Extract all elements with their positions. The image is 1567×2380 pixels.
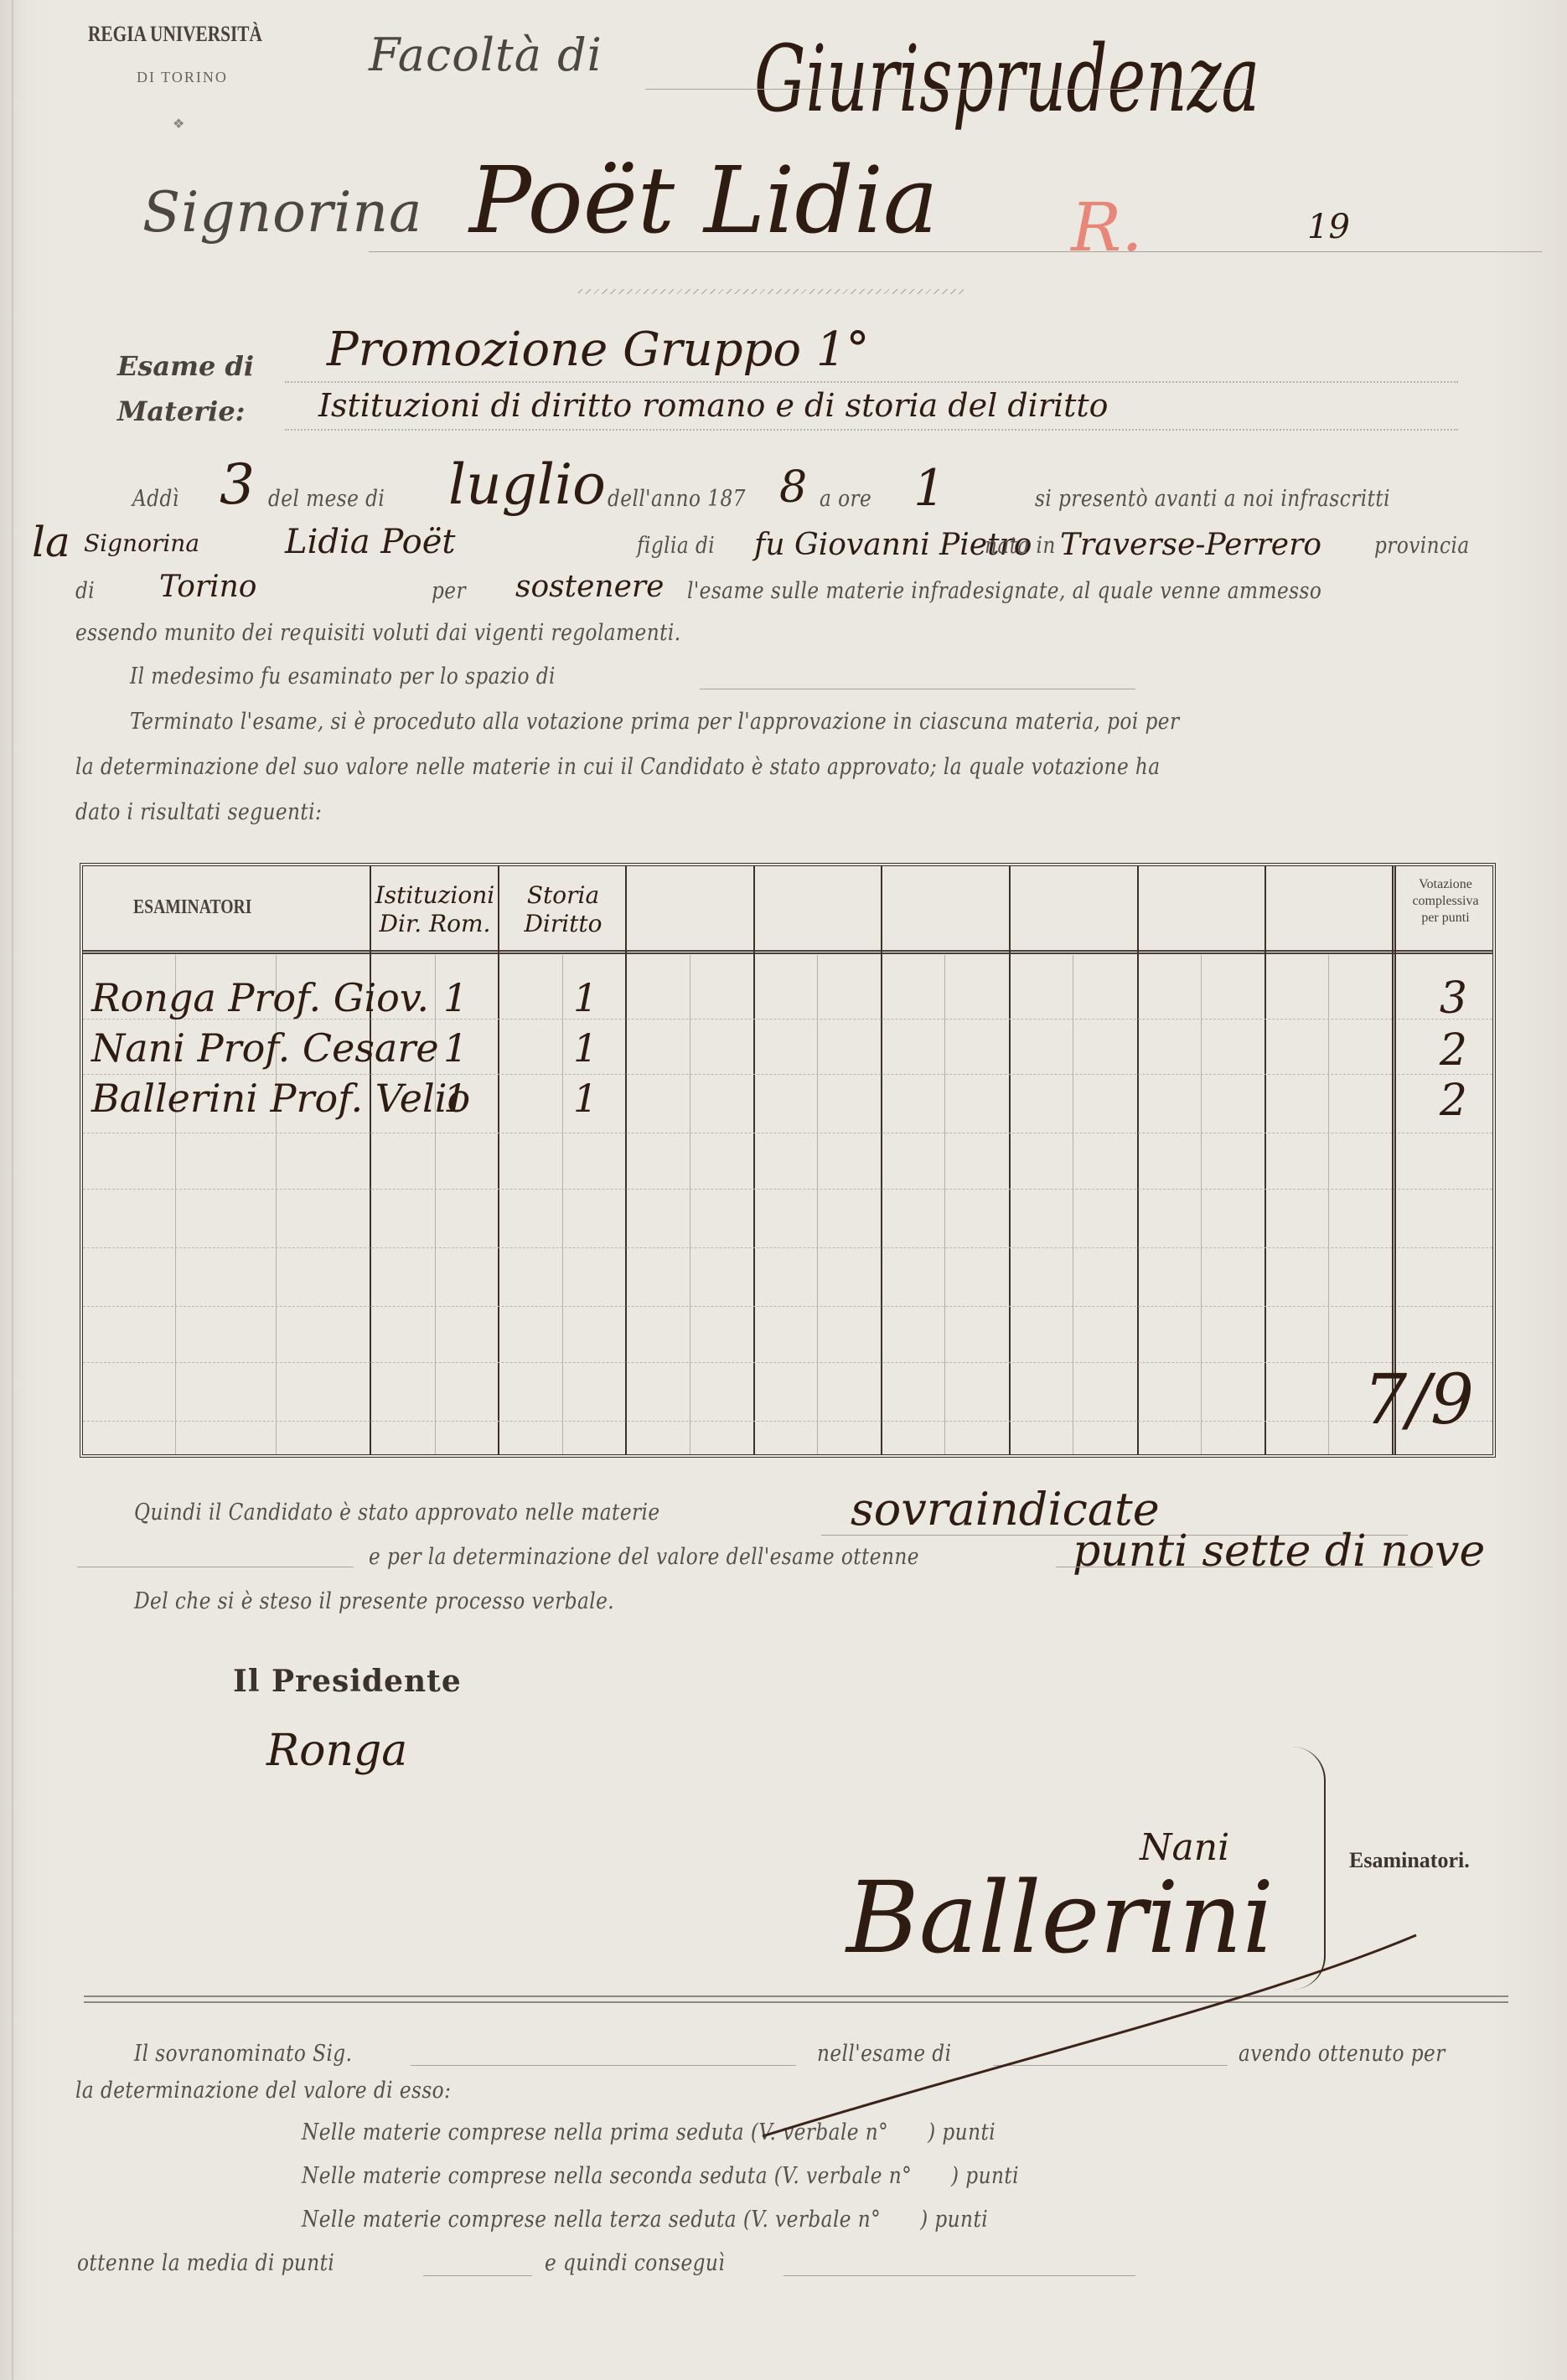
- del-che-text: Del che si è steso il presente processo …: [134, 1588, 614, 1614]
- nata-label: nata in: [985, 533, 1056, 559]
- sovranominato-text: Il sovranominato Sig.: [134, 2041, 352, 2067]
- seduta-line-3: Nelle materie comprese nella terza sedut…: [302, 2207, 988, 2233]
- record-name: Lidia Poët: [285, 523, 455, 561]
- record-purpose: sostenere: [515, 570, 664, 604]
- name-underline: [369, 251, 1542, 252]
- examiner-name: Ballerini Prof. Velio: [91, 1076, 470, 1121]
- row-line: [83, 1074, 1492, 1075]
- mark-cell: 1: [573, 975, 597, 1020]
- quindi-text: Quindi il Candidato è stato approvato ne…: [134, 1500, 660, 1526]
- record-birthplace: Traverse-Perrero: [1060, 528, 1321, 562]
- examiner-name: Nani Prof. Cesare: [91, 1025, 439, 1071]
- col-sep: [881, 866, 882, 1454]
- header-total: Votazione complessiva per punti: [1400, 876, 1491, 927]
- record-day: 3: [220, 452, 255, 517]
- faculty-label: Facoltà di: [369, 28, 602, 81]
- ornament-icon: ❖: [173, 116, 184, 132]
- essendo-text: essendo munito dei requisiti voluti dai …: [75, 620, 681, 646]
- mark-cell: 1: [573, 1025, 597, 1071]
- points-blank: [1056, 1567, 1433, 1567]
- dato-text: dato i risultati seguenti:: [75, 799, 322, 825]
- provincia-label: provincia: [1374, 533, 1470, 559]
- col-sep: [498, 866, 499, 1454]
- e-per-text: e per la determinazione del valore dell'…: [369, 1544, 919, 1570]
- mark-cell: 1: [443, 975, 468, 1020]
- institution-name: REGIA UNIVERSITÀ: [88, 22, 262, 47]
- punti-text: ) punti: [920, 2207, 988, 2233]
- header-total-line: complessiva: [1400, 893, 1491, 910]
- figlia-label: figlia di: [637, 533, 715, 559]
- record-month: luglio: [448, 452, 606, 517]
- table-header-rule: [83, 950, 1492, 954]
- mark-cell: 1: [443, 1025, 468, 1071]
- strike-line: [754, 1927, 1425, 2145]
- col-sep: [753, 866, 755, 1454]
- examiner-name: Ronga Prof. Giov.: [91, 975, 429, 1020]
- sub-sep: [944, 955, 945, 1454]
- seduta-line-2: Nelle materie comprese nella seconda sed…: [302, 2163, 1019, 2189]
- red-mark: R.: [1071, 188, 1143, 266]
- row-line: [83, 1189, 1492, 1190]
- sig-blank: [411, 2065, 796, 2066]
- faculty-underline: [645, 89, 1249, 90]
- esame-dotline: [285, 381, 1458, 383]
- signorina-hand: Signorina: [84, 529, 199, 557]
- verbale-text: (V. verbale n°: [774, 2163, 912, 2189]
- president-label: Il Presidente: [233, 1664, 462, 1699]
- ottenne-text: ottenne la media di punti: [77, 2250, 334, 2276]
- record-year-digit: 8: [779, 462, 807, 513]
- esame-value: Promozione Gruppo 1°: [327, 323, 870, 377]
- addi-label: Addì: [132, 486, 179, 512]
- col-sep: [1137, 866, 1139, 1454]
- sub-sep: [562, 955, 563, 1454]
- institution-city: DI TORINO: [137, 69, 228, 86]
- row-line: [83, 1421, 1492, 1422]
- record-hour: 1: [913, 459, 945, 518]
- sub-sep: [1328, 955, 1329, 1454]
- col-sep: [1009, 866, 1011, 1454]
- mark-cell: 1: [573, 1076, 597, 1121]
- verbale-text: (V. verbale n°: [743, 2207, 881, 2233]
- determinazione-text: la determinazione del suo valore nelle m…: [75, 754, 1161, 780]
- total-cell: 3: [1440, 973, 1467, 1024]
- anno-label: dell'anno 187: [608, 486, 746, 512]
- col-sep: [370, 866, 371, 1454]
- di-label: di: [75, 578, 95, 604]
- president-signature: Ronga: [266, 1726, 407, 1776]
- sub-sep: [690, 955, 690, 1454]
- total-cell: 2: [1440, 1025, 1467, 1076]
- determinazione-footer: la determinazione del valore di esso:: [75, 2078, 451, 2104]
- media-blank: [423, 2275, 532, 2276]
- document-page: REGIA UNIVERSITÀ DI TORINO ❖ Facoltà di …: [0, 0, 1567, 2380]
- presento-text: si presentò avanti a noi infrascritti: [1035, 486, 1390, 512]
- row-line: [83, 1247, 1492, 1248]
- examiners-label: Esaminatori.: [1349, 1848, 1470, 1873]
- examination-table: ESAMINATORI Istituzioni Dir. Rom. Storia…: [80, 863, 1496, 1458]
- col-sep: [1264, 866, 1266, 1454]
- terminato-text: Terminato l'esame, si è proceduto alla v…: [130, 709, 1179, 735]
- faculty-value: Giurisprudenza: [754, 25, 1259, 132]
- points-value: punti sette di nove: [1073, 1526, 1485, 1577]
- header-total-line: Votazione: [1400, 876, 1491, 893]
- page-fold: [12, 0, 13, 2380]
- esame-label: Esame di: [117, 350, 254, 382]
- header-examiners: ESAMINATORI: [133, 896, 251, 919]
- grand-total: 7/9: [1363, 1360, 1474, 1440]
- mark-cell: 1: [443, 1076, 468, 1121]
- materie-label: Materie:: [117, 395, 245, 427]
- header-total-line: per punti: [1400, 910, 1491, 927]
- punti-text: ) punti: [951, 2163, 1019, 2189]
- row-line: [83, 1306, 1492, 1307]
- record-number: 19: [1307, 208, 1350, 246]
- e-per-blank: [77, 1567, 354, 1567]
- col-sep: [625, 866, 627, 1454]
- title-label: Signorina: [142, 180, 422, 245]
- seduta-text: Nelle materie comprese nella terza sedut…: [302, 2207, 737, 2233]
- margin-note: la: [32, 518, 70, 566]
- header-subject-2: Storia Diritto: [500, 881, 626, 938]
- materie-dotline: [285, 429, 1458, 431]
- esame-text: l'esame sulle materie infradesignate, al…: [687, 578, 1321, 604]
- medesimo-blank: [700, 689, 1135, 689]
- header-subject-1: Istituzioni Dir. Rom.: [372, 881, 498, 938]
- total-cell: 2: [1440, 1076, 1467, 1126]
- materie-value: Istituzioni di diritto romano e di stori…: [318, 387, 1109, 424]
- seduta-text: Nelle materie comprese nella seconda sed…: [302, 2163, 768, 2189]
- row-line: [83, 1133, 1492, 1133]
- wavy-divider: [578, 289, 964, 294]
- del-mese-label: del mese di: [268, 486, 385, 512]
- per-label: per: [432, 578, 466, 604]
- consegui-text: e quindi conseguì: [545, 2250, 725, 2276]
- record-province: Torino: [159, 570, 256, 604]
- sub-sep: [817, 955, 818, 1454]
- candidate-name: Poët Lidia: [469, 147, 938, 254]
- consegui-blank: [783, 2275, 1135, 2276]
- sub-sep: [1201, 955, 1202, 1454]
- medesimo-text: Il medesimo fu esaminato per lo spazio d…: [130, 663, 556, 689]
- row-line: [83, 1362, 1492, 1363]
- sub-sep: [1073, 955, 1073, 1454]
- seduta-text: Nelle materie comprese nella prima sedut…: [302, 2119, 744, 2145]
- ore-label: a ore: [820, 486, 871, 512]
